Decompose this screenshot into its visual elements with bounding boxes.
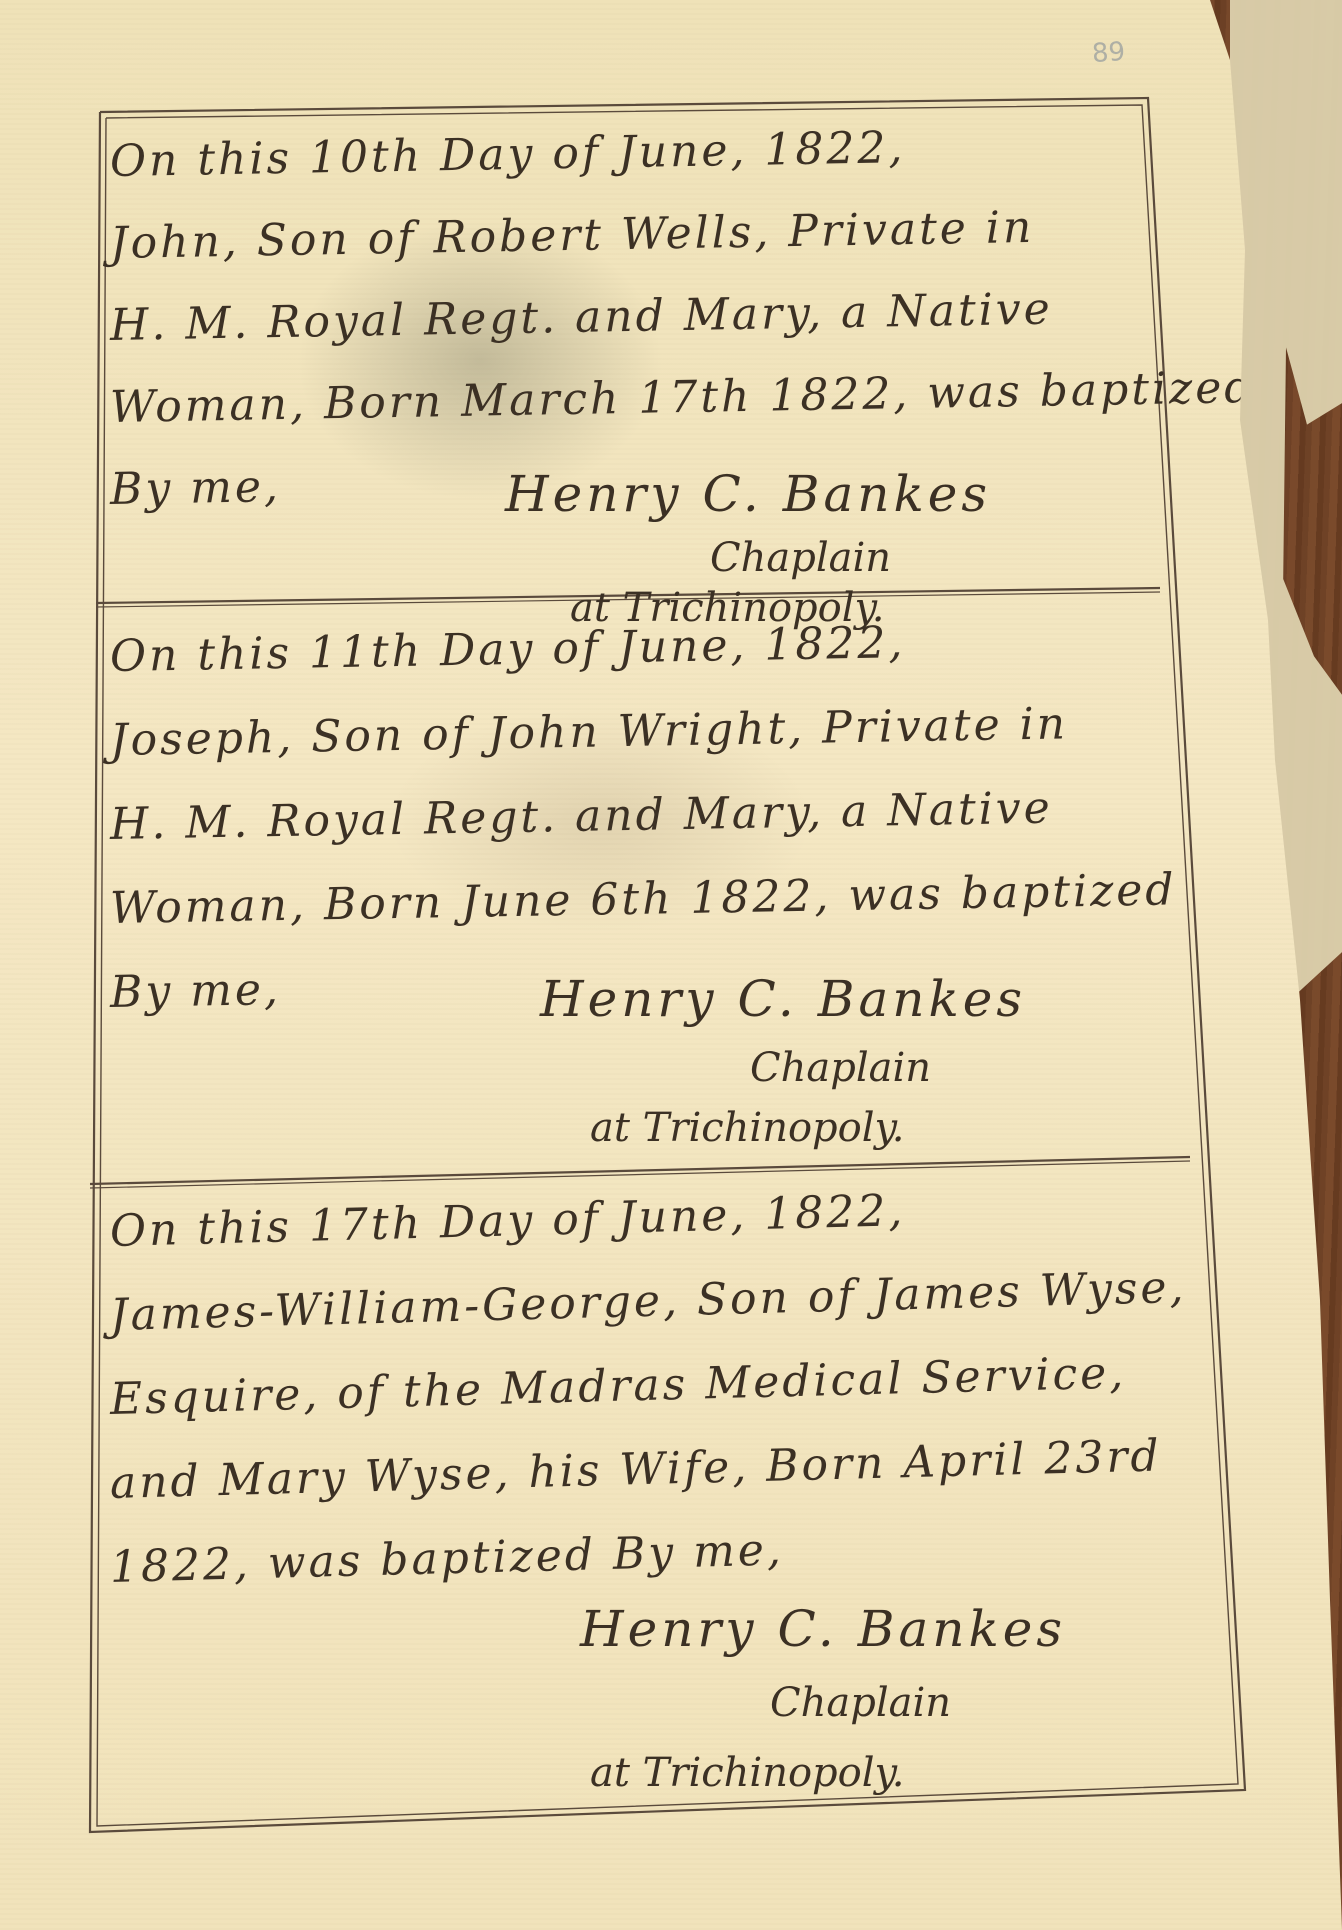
entry-line: On this 17th Day of June, 1822, [109,1181,1210,1254]
page-number: 89 [1091,37,1126,69]
entry-line: H. M. Royal Regt. and Mary, a Native [110,784,1211,847]
entry-line: Esquire, of the Madras Medical Service, [109,1349,1210,1422]
entry-line: John, Son of Robert Wells, Private in [110,203,1211,266]
chaplain-location: at Trichinopoly. [590,1105,905,1151]
chaplain-signature: Henry C. Bankes [540,970,1026,1028]
register-page: 89 On this 10th Day of June, 1822, John,… [0,0,1342,1930]
chaplain-signature: Henry C. Bankes [580,1600,1066,1658]
entry-line: H. M. Royal Regt. and Mary, a Native [110,285,1211,348]
entry-line: Joseph, Son of John Wright, Private in [110,700,1211,763]
baptism-entry-1: On this 10th Day of June, 1822, John, So… [110,140,1210,512]
frame-lines [90,100,1250,1840]
entry-line: Woman, Born June 6th 1822, was baptized [110,868,1211,931]
entry-line: Woman, Born March 17th 1822, was baptize… [110,367,1211,430]
chaplain-title: Chaplain [710,535,891,581]
baptism-entry-2: On this 11th Day of June, 1822, Joseph, … [110,635,1210,1015]
baptism-entry-3: On this 17th Day of June, 1822, James-Wi… [110,1210,1210,1590]
chaplain-title: Chaplain [750,1045,931,1091]
register-frame: On this 10th Day of June, 1822, John, So… [90,100,1240,1835]
chaplain-location: at Trichinopoly. [590,1750,905,1796]
chaplain-title: Chaplain [770,1680,951,1726]
chaplain-signature: Henry C. Bankes [505,465,991,523]
entry-line: By me, [110,952,1211,1015]
entry-line: On this 10th Day of June, 1822, [110,121,1211,184]
chaplain-location: at Trichinopoly. [570,585,885,631]
entry-line: 1822, was baptized By me, [109,1517,1210,1590]
entry-line: On this 11th Day of June, 1822, [110,616,1211,679]
entry-line: By me, [110,449,1211,512]
entry-line: James-William-George, Son of James Wyse, [109,1265,1210,1338]
entry-line: and Mary Wyse, his Wife, Born April 23rd [109,1433,1210,1506]
